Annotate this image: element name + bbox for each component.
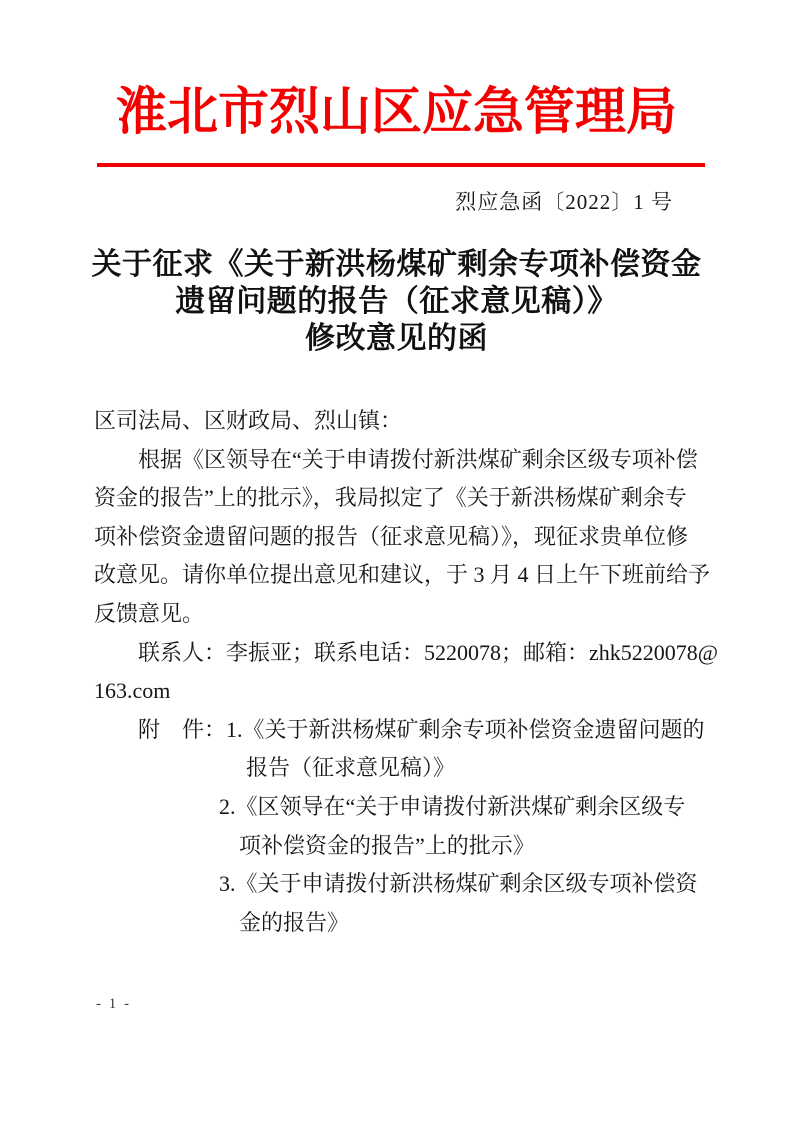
body-line: 改意见。请你单位提出意见和建议，于 3 月 4 日上午下班前给予: [94, 556, 734, 595]
document-title: 关于征求《关于新洪杨煤矿剩余专项补偿资金 遗留问题的报告（征求意见稿）》 修改意…: [60, 246, 733, 357]
title-line-2: 遗留问题的报告（征求意见稿）》: [60, 283, 733, 320]
body-line: 资金的报告”上的批示》，我局拟定了《关于新洪杨煤矿剩余专: [94, 479, 734, 518]
title-line-1: 关于征求《关于新洪杨煤矿剩余专项补偿资金: [60, 246, 733, 283]
attachment-line: 3.《关于申请拨付新洪杨煤矿剩余区级专项补偿资: [94, 865, 734, 904]
attachment-line: 报告（征求意见稿）》: [94, 749, 734, 788]
attachment-line: 项补偿资金的报告”上的批示》: [94, 827, 734, 866]
document-body: 区司法局、区财政局、烈山镇： 根据《区领导在“关于申请拨付新洪煤矿剩余区级专项补…: [94, 402, 734, 942]
attachment-line: 金的报告》: [94, 904, 734, 943]
recipient-line: 区司法局、区财政局、烈山镇：: [94, 402, 734, 441]
contact-line: 163.com: [94, 672, 734, 711]
document-reference-number: 烈应急函〔2022〕1 号: [455, 186, 673, 216]
title-line-3: 修改意见的函: [60, 320, 733, 357]
body-line: 项补偿资金遗留问题的报告（征求意见稿）》，现征求贵单位修: [94, 518, 734, 557]
contact-line: 联系人：李振亚；联系电话：5220078；邮箱：zhk5220078@: [94, 634, 734, 673]
body-line: 根据《区领导在“关于申请拨付新洪煤矿剩余区级专项补偿: [94, 441, 734, 480]
header-red-rule: [97, 163, 705, 167]
body-line: 反馈意见。: [94, 595, 734, 634]
attachment-line: 附 件：1.《关于新洪杨煤矿剩余专项补偿资金遗留问题的: [94, 711, 734, 750]
page-number: - 1 -: [96, 996, 131, 1013]
attachment-line: 2.《区领导在“关于申请拨付新洪煤矿剩余区级专: [94, 788, 734, 827]
document-page: 淮北市烈山区应急管理局 烈应急函〔2022〕1 号 关于征求《关于新洪杨煤矿剩余…: [0, 0, 793, 1122]
agency-header-title: 淮北市烈山区应急管理局: [0, 82, 793, 146]
